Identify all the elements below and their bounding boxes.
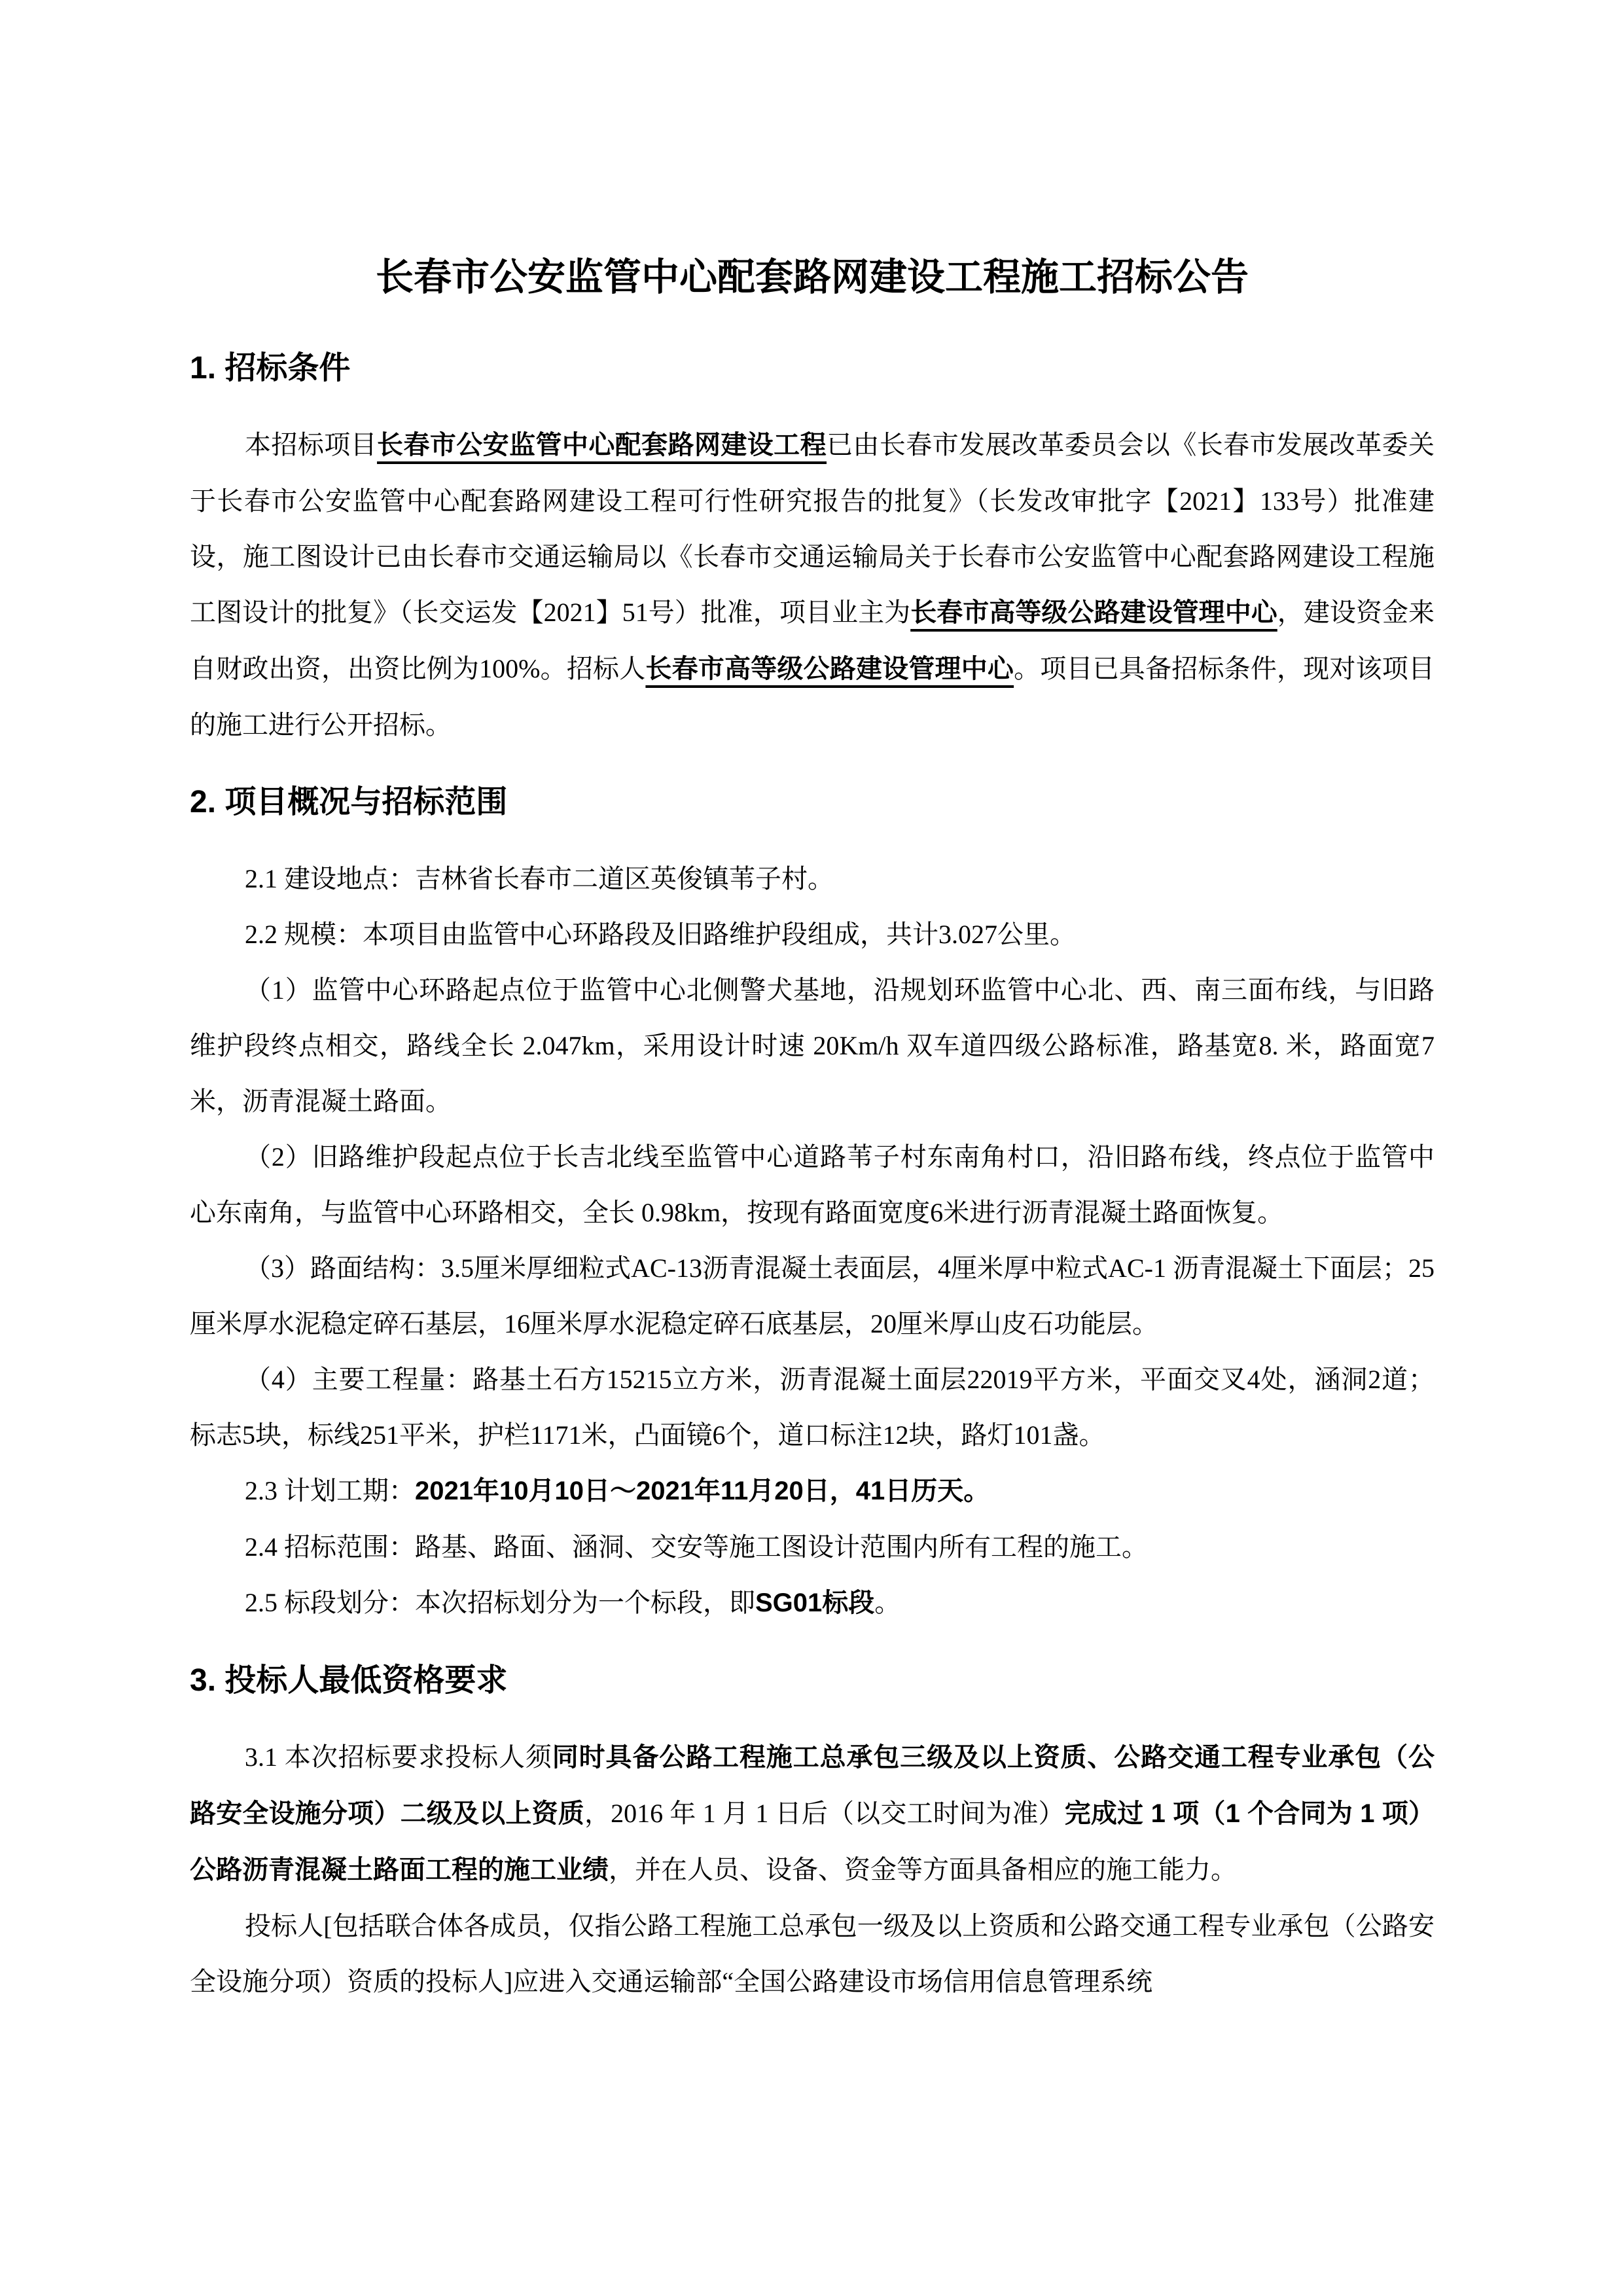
paragraph: 2.2 规模：本项目由监管中心环路段及旧路维护段组成，共计3.027公里。 — [190, 906, 1435, 962]
text-run: 2.1 建设地点：吉林省长春市二道区英俊镇苇子村。 — [245, 864, 834, 893]
paragraph: 2.4 招标范围：路基、路面、涵洞、交安等施工图设计范围内所有工程的施工。 — [190, 1519, 1435, 1575]
text-run: ，2016 年 1 月 1 日后（以交工时间为准） — [584, 1799, 1065, 1828]
section-heading: 3. 投标人最低资格要求 — [190, 1661, 1435, 1700]
text-run: 。 — [874, 1588, 901, 1617]
text-run: 投标人[包括联合体各成员，仅指公路工程施工总承包一级及以上资质和公路交通工程专业… — [190, 1911, 1435, 1996]
text-run: （2）旧路维护段起点位于长吉北线至监管中心道路苇子村东南角村口，沿旧路布线，终点… — [190, 1142, 1435, 1227]
text-run: 长春市高等级公路建设管理中心 — [910, 598, 1277, 627]
section-heading: 2. 项目概况与招标范围 — [190, 783, 1435, 822]
paragraph: 本招标项目长春市公安监管中心配套路网建设工程已由长春市发展改革委员会以《长春市发… — [190, 417, 1435, 753]
paragraph: 2.3 计划工期：2021年10月10日～2021年11月20日，41日历天。 — [190, 1463, 1435, 1519]
text-run: 2.3 计划工期： — [245, 1476, 415, 1505]
paragraph: （2）旧路维护段起点位于长吉北线至监管中心道路苇子村东南角村口，沿旧路布线，终点… — [190, 1129, 1435, 1240]
text-run: 已由长春市发展改革委员会以《长春市发展改革委关于长春市公安监管中心配套路网建设工… — [190, 430, 1435, 627]
paragraph: （1）监管中心环路起点位于监管中心北侧警犬基地，沿规划环监管中心北、西、南三面布… — [190, 962, 1435, 1129]
text-run: 本招标项目 — [245, 430, 377, 459]
document-title: 长春市公安监管中心配套路网建设工程施工招标公告 — [190, 254, 1435, 301]
text-run: 2.2 规模：本项目由监管中心环路段及旧路维护段组成，共计3.027公里。 — [245, 920, 1076, 949]
text-run: ，并在人员、设备、资金等方面具备相应的施工能力。 — [609, 1855, 1237, 1884]
text-run: 2021年10月10日～2021年11月20日，41日历天。 — [415, 1477, 990, 1505]
text-run: 3.1 本次招标要求投标人须 — [245, 1742, 552, 1772]
text-run: 长春市高等级公路建设管理中心 — [645, 655, 1014, 683]
text-run: 长春市公安监管中心配套路网建设工程 — [377, 431, 827, 459]
paragraph: 3.1 本次招标要求投标人须同时具备公路工程施工总承包三级及以上资质、公路交通工… — [190, 1729, 1435, 1898]
paragraph: 2.1 建设地点：吉林省长春市二道区英俊镇苇子村。 — [190, 851, 1435, 906]
text-run: SG01标段 — [755, 1588, 874, 1617]
paragraph: 投标人[包括联合体各成员，仅指公路工程施工总承包一级及以上资质和公路交通工程专业… — [190, 1898, 1435, 2009]
text-run: 2.5 标段划分：本次招标划分为一个标段，即 — [245, 1588, 755, 1617]
paragraph: 2.5 标段划分：本次招标划分为一个标段，即SG01标段。 — [190, 1575, 1435, 1631]
document-page: 长春市公安监管中心配套路网建设工程施工招标公告 1. 招标条件本招标项目长春市公… — [0, 0, 1623, 2296]
text-run: （3）路面结构：3.5厘米厚细粒式AC-13沥青混凝土表面层，4厘米厚中粒式AC… — [190, 1253, 1435, 1338]
document-body: 1. 招标条件本招标项目长春市公安监管中心配套路网建设工程已由长春市发展改革委员… — [190, 349, 1435, 2009]
paragraph: （3）路面结构：3.5厘米厚细粒式AC-13沥青混凝土表面层，4厘米厚中粒式AC… — [190, 1240, 1435, 1352]
text-run: 2.4 招标范围：路基、路面、涵洞、交安等施工图设计范围内所有工程的施工。 — [245, 1532, 1148, 1562]
text-run: （1）监管中心环路起点位于监管中心北侧警犬基地，沿规划环监管中心北、西、南三面布… — [190, 975, 1435, 1116]
paragraph: （4）主要工程量：路基土石方15215立方米，沥青混凝土面层22019平方米，平… — [190, 1352, 1435, 1463]
text-run: （4）主要工程量：路基土石方15215立方米，沥青混凝土面层22019平方米，平… — [190, 1365, 1435, 1450]
section-heading: 1. 招标条件 — [190, 349, 1435, 388]
